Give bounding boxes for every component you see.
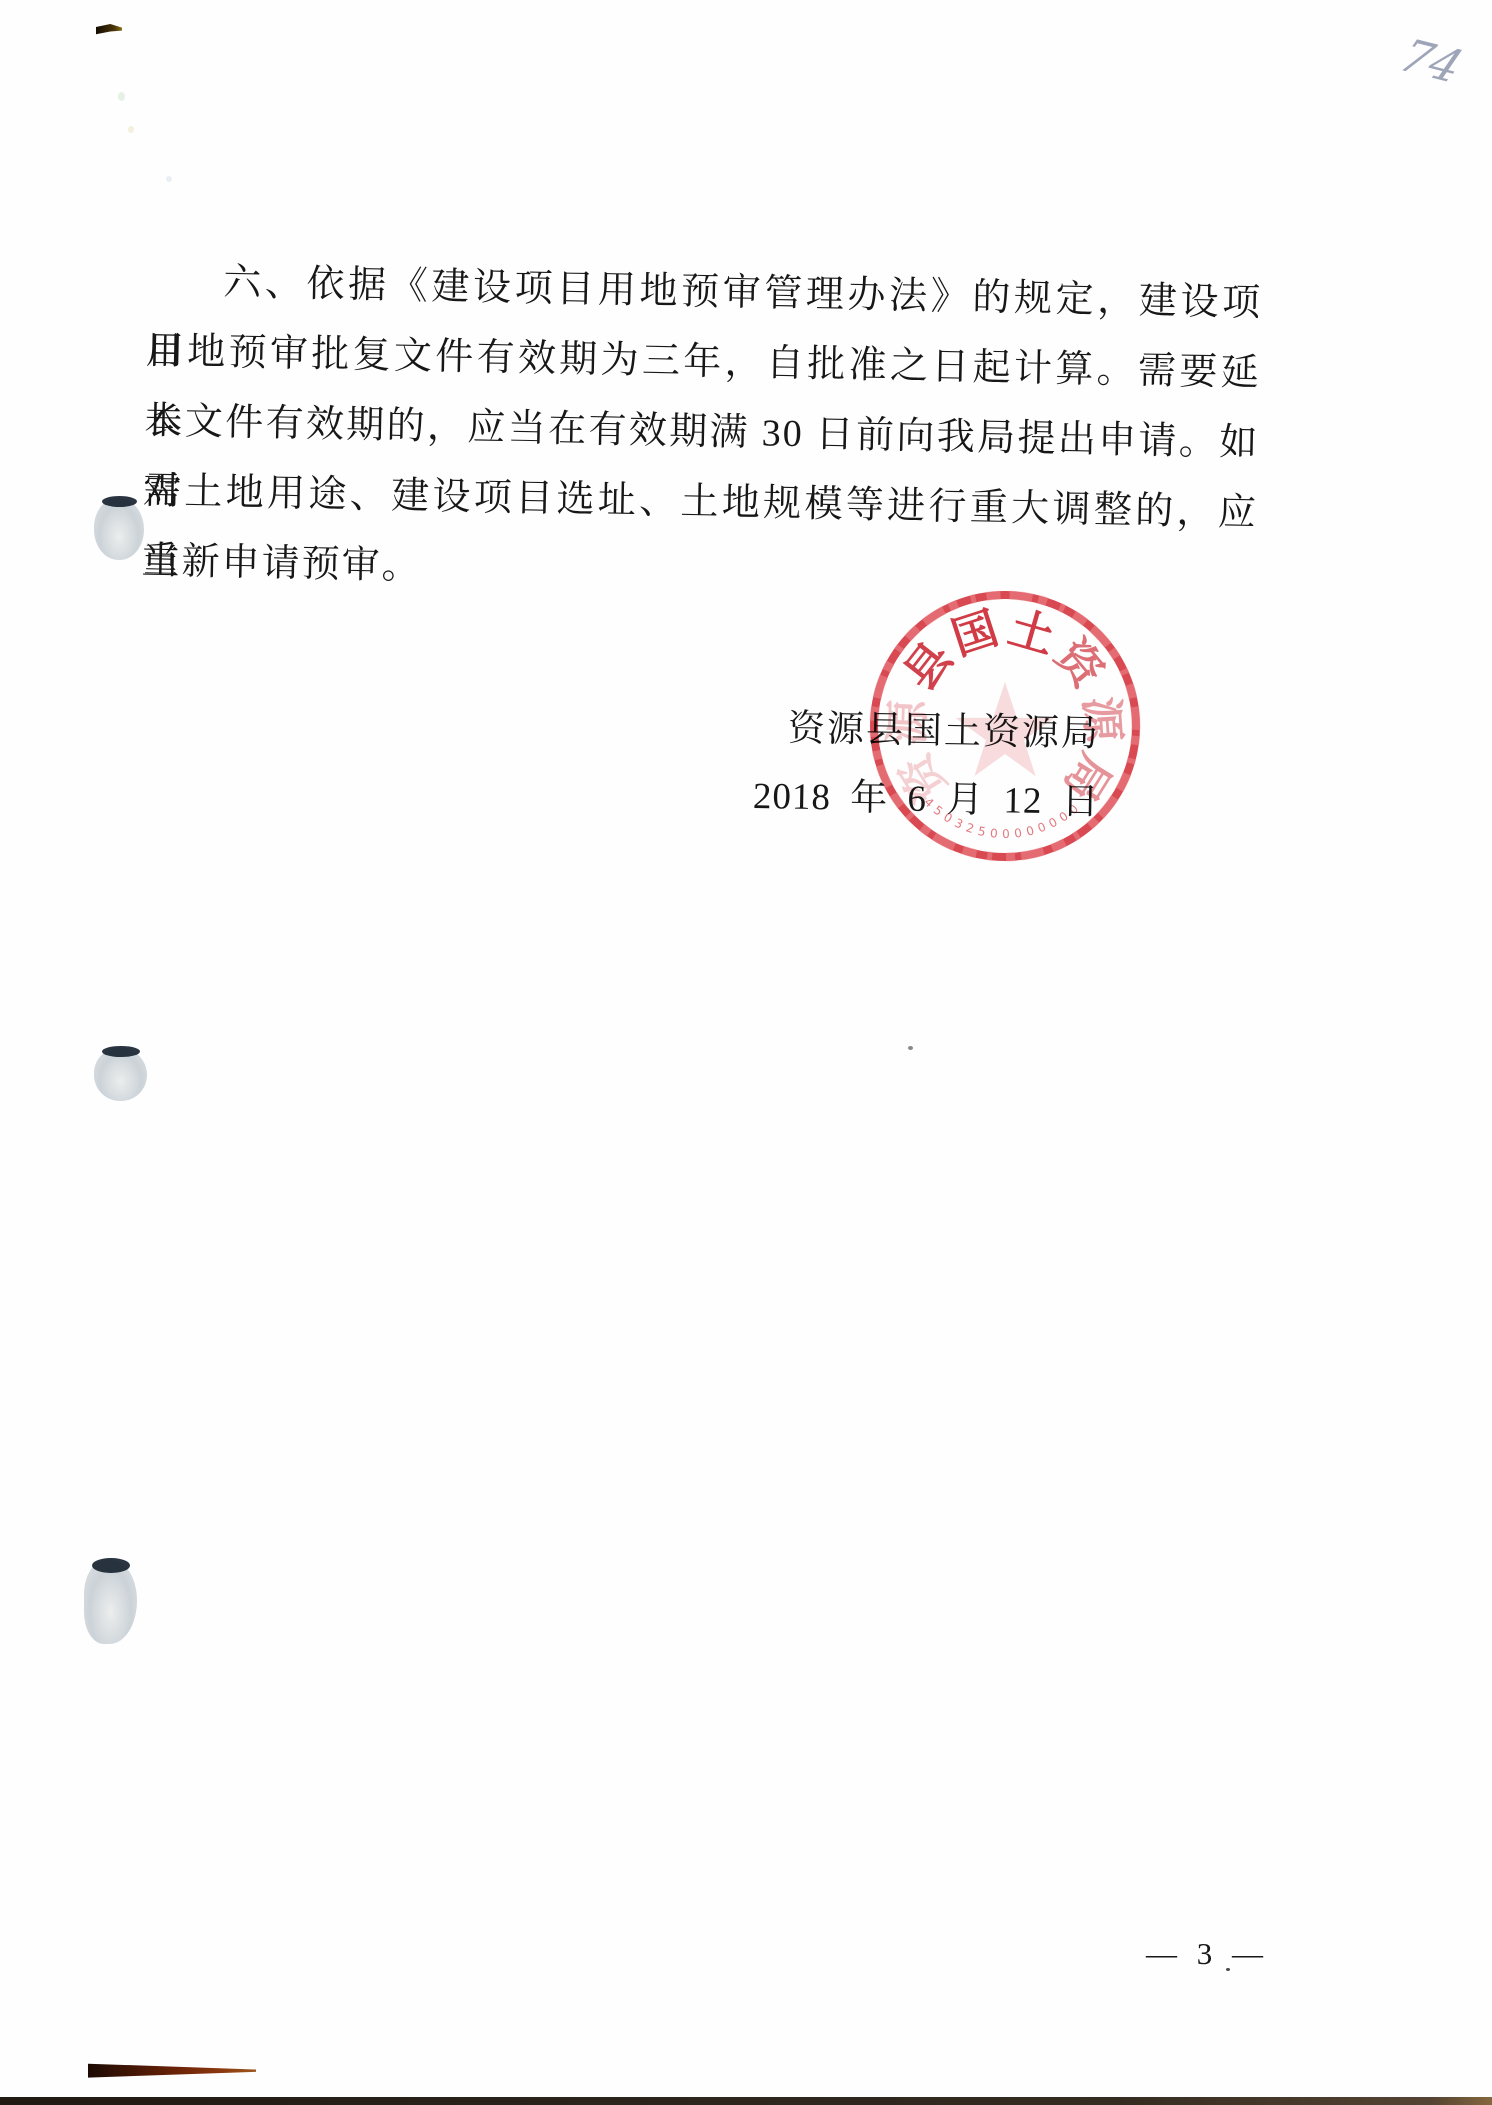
seal-ring-character: 源: [1075, 695, 1128, 744]
scan-edge-band: [0, 2097, 1492, 2105]
seal-serial-number: 45032500000000: [921, 795, 1084, 841]
official-red-seal: 资 源 县 国 土 资 源 局 45032500000000: [864, 582, 1148, 874]
scan-speck: [128, 126, 134, 133]
scan-streak: [88, 2062, 256, 2079]
body-paragraph: 六、依据《建设项目用地预审管理办法》的规定，建设项目 用地预审批复文件有效期为三…: [141, 246, 1263, 618]
seal-star-icon: [956, 682, 1055, 776]
scan-speck: [118, 92, 125, 101]
scanned-document-page: 74 六、依据《建设项目用地预审管理办法》的规定，建设项目 用地预审批复文件有效…: [0, 0, 1492, 2105]
seal-ring-character: 源: [882, 698, 934, 746]
seal-ring-character: 国: [946, 603, 1004, 664]
scan-dot: [908, 1046, 913, 1050]
ink-smudge-icon: [96, 24, 122, 36]
punch-hole: [84, 1560, 137, 1644]
punch-hole: [94, 1048, 147, 1101]
seal-ring-character: 土: [1003, 603, 1060, 663]
punch-hole: [94, 498, 144, 560]
handwritten-page-number: 74: [1392, 29, 1471, 93]
scan-speck: [166, 176, 172, 182]
page-number: — 3 —: [1146, 1936, 1269, 1972]
